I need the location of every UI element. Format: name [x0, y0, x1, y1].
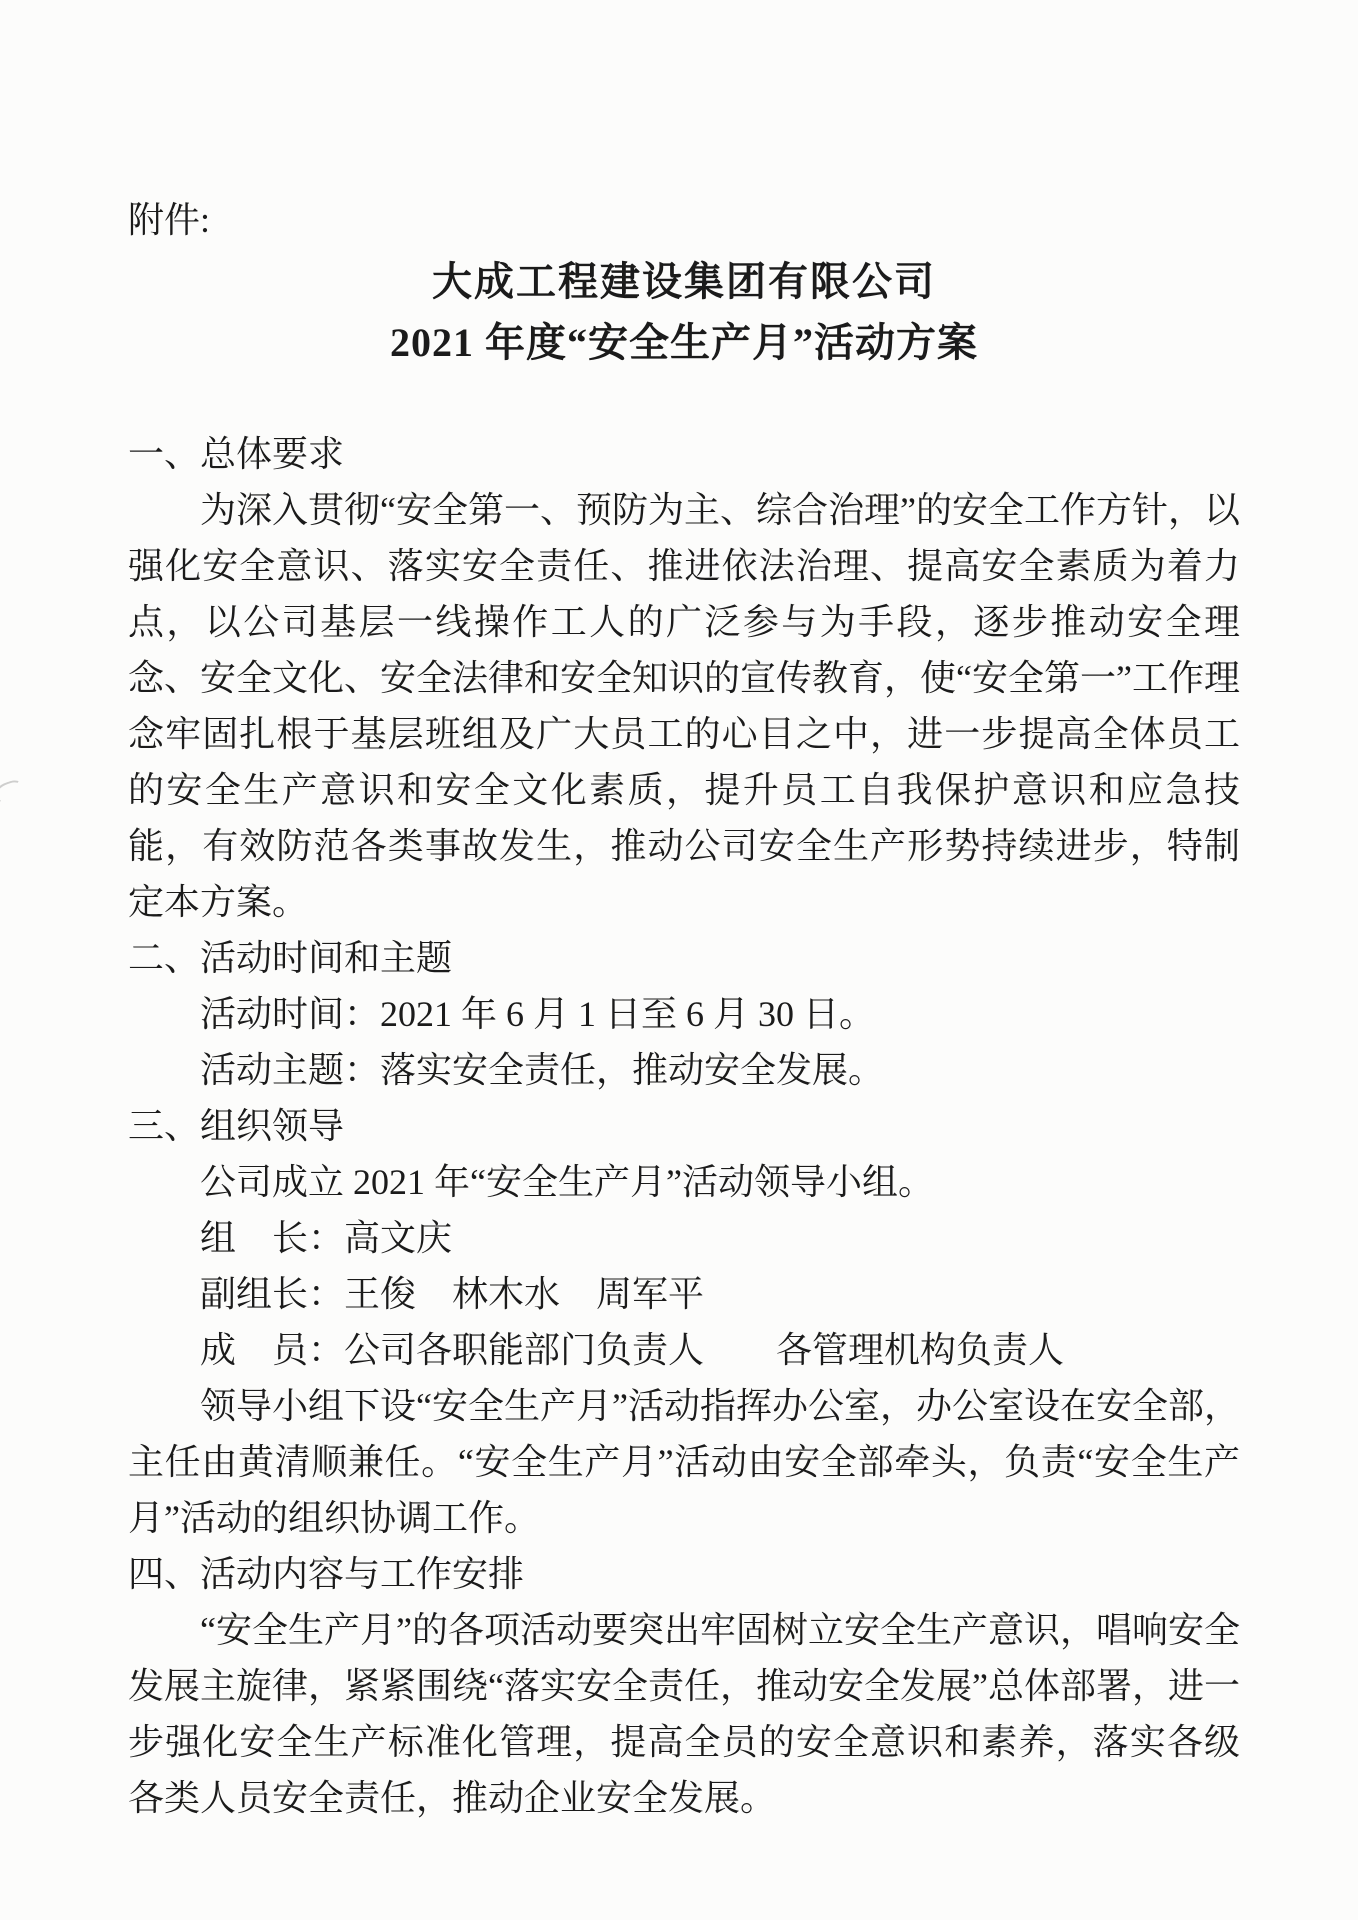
leading-group-line: 公司成立 2021 年“安全生产月”活动领导小组。 [128, 1154, 1240, 1210]
doc-title: 大成工程建设集团有限公司 [128, 252, 1240, 312]
section-time-and-theme: 二、活动时间和主题 活动时间：2021 年 6 月 1 日至 6 月 30 日。… [128, 930, 1240, 1098]
activity-theme-line: 活动主题：落实安全责任，推动安全发展。 [128, 1042, 1240, 1098]
section-paragraph: 为深入贯彻“安全第一、预防为主、综合治理”的安全工作方针，以强化安全意识、落实安… [128, 482, 1240, 930]
scan-artifact [0, 778, 26, 806]
sections: 一、总体要求 为深入贯彻“安全第一、预防为主、综合治理”的安全工作方针，以强化安… [128, 426, 1240, 1826]
section-heading: 三、组织领导 [128, 1098, 1240, 1154]
section-heading: 二、活动时间和主题 [128, 930, 1240, 986]
activity-time-line: 活动时间：2021 年 6 月 1 日至 6 月 30 日。 [128, 986, 1240, 1042]
section-paragraph: “安全生产月”的各项活动要突出牢固树立安全生产意识，唱响安全发展主旋律，紧紧围绕… [128, 1602, 1240, 1826]
attachment-label: 附件: [128, 192, 1240, 248]
section-heading: 四、活动内容与工作安排 [128, 1546, 1240, 1602]
section-overall-requirements: 一、总体要求 为深入贯彻“安全第一、预防为主、综合治理”的安全工作方针，以强化安… [128, 426, 1240, 930]
section-heading: 一、总体要求 [128, 426, 1240, 482]
document-page: 附件: 大成工程建设集团有限公司 2021 年度“安全生产月”活动方案 一、总体… [0, 0, 1358, 1920]
group-leader-line: 组 长：高文庆 [128, 1210, 1240, 1266]
members-line: 成 员：公司各职能部门负责人 各管理机构负责人 [128, 1322, 1240, 1378]
document-content: 附件: 大成工程建设集团有限公司 2021 年度“安全生产月”活动方案 一、总体… [128, 192, 1240, 1826]
doc-subtitle: 2021 年度“安全生产月”活动方案 [128, 312, 1240, 374]
section-activity-content-arrangement: 四、活动内容与工作安排 “安全生产月”的各项活动要突出牢固树立安全生产意识，唱响… [128, 1546, 1240, 1826]
section-organization-leadership: 三、组织领导 公司成立 2021 年“安全生产月”活动领导小组。 组 长：高文庆… [128, 1098, 1240, 1546]
office-setup-paragraph: 领导小组下设“安全生产月”活动指挥办公室，办公室设在安全部，主任由黄清顺兼任。“… [128, 1378, 1240, 1546]
deputy-leaders-line: 副组长：王俊 林木水 周军平 [128, 1266, 1240, 1322]
